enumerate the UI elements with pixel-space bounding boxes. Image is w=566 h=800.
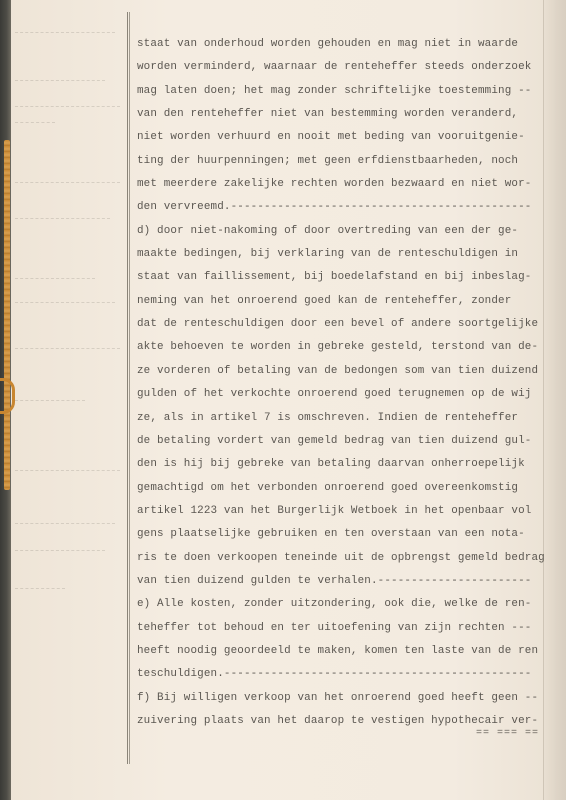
margin-rule xyxy=(127,12,130,764)
text-line: den is hij bij gebreke van betaling daar… xyxy=(137,453,557,476)
text-line: worden verminderd, waarnaar de renteheff… xyxy=(137,56,557,79)
text-line: gemachtigd om het verbonden onroerend go… xyxy=(137,477,557,500)
text-line: dat de renteschuldigen door een bevel of… xyxy=(137,313,557,336)
clause-f-line: f) Bij willigen verkoop van het onroeren… xyxy=(137,687,557,710)
text-line: den vervreemd.--------------------------… xyxy=(137,196,557,219)
text-line: van tien duizend gulden te verhalen.----… xyxy=(137,570,557,593)
text-line: teschuldigen.---------------------------… xyxy=(137,663,557,686)
document-page: staat van onderhoud worden gehouden en m… xyxy=(0,0,566,800)
typewritten-body: staat van onderhoud worden gehouden en m… xyxy=(137,33,557,733)
text-line: ris te doen verkoopen teneinde uit de op… xyxy=(137,547,557,570)
text-line: neming van het onroerend goed kan de ren… xyxy=(137,290,557,313)
text-line: ze vorderen of betaling van de bedongen … xyxy=(137,360,557,383)
text-line: maakte bedingen, bij verklaring van de r… xyxy=(137,243,557,266)
text-line: de betaling vordert van gemeld bedrag va… xyxy=(137,430,557,453)
text-line: heeft noodig geoordeeld te maken, komen … xyxy=(137,640,557,663)
text-line: gulden of het verkochte onroerend goed t… xyxy=(137,383,557,406)
show-through-lines xyxy=(15,0,125,800)
text-line: teheffer tot behoud en ter uitoefening v… xyxy=(137,617,557,640)
text-line: akte behoeven te worden in gebreke geste… xyxy=(137,336,557,359)
text-line: mag laten doen; het mag zonder schriftel… xyxy=(137,80,557,103)
text-line: niet worden verhuurd en nooit met beding… xyxy=(137,126,557,149)
page-end-mark: == === == xyxy=(476,728,539,739)
text-line: gens plaatselijke gebruiken en ten overs… xyxy=(137,523,557,546)
text-line: staat van onderhoud worden gehouden en m… xyxy=(137,33,557,56)
text-line: met meerdere zakelijke rechten worden be… xyxy=(137,173,557,196)
text-line: ze, als in artikel 7 is omschreven. Indi… xyxy=(137,407,557,430)
text-line: staat van faillissement, bij boedelafsta… xyxy=(137,266,557,289)
text-line: artikel 1223 van het Burgerlijk Wetboek … xyxy=(137,500,557,523)
clause-d-line: d) door niet-nakoming of door overtredin… xyxy=(137,220,557,243)
text-line: ting der huurpenningen; met geen erfdien… xyxy=(137,150,557,173)
clause-e-line: e) Alle kosten, zonder uitzondering, ook… xyxy=(137,593,557,616)
text-line: van den renteheffer niet van bestemming … xyxy=(137,103,557,126)
binding-thread-loop xyxy=(0,378,15,414)
binding-thread xyxy=(4,140,10,490)
